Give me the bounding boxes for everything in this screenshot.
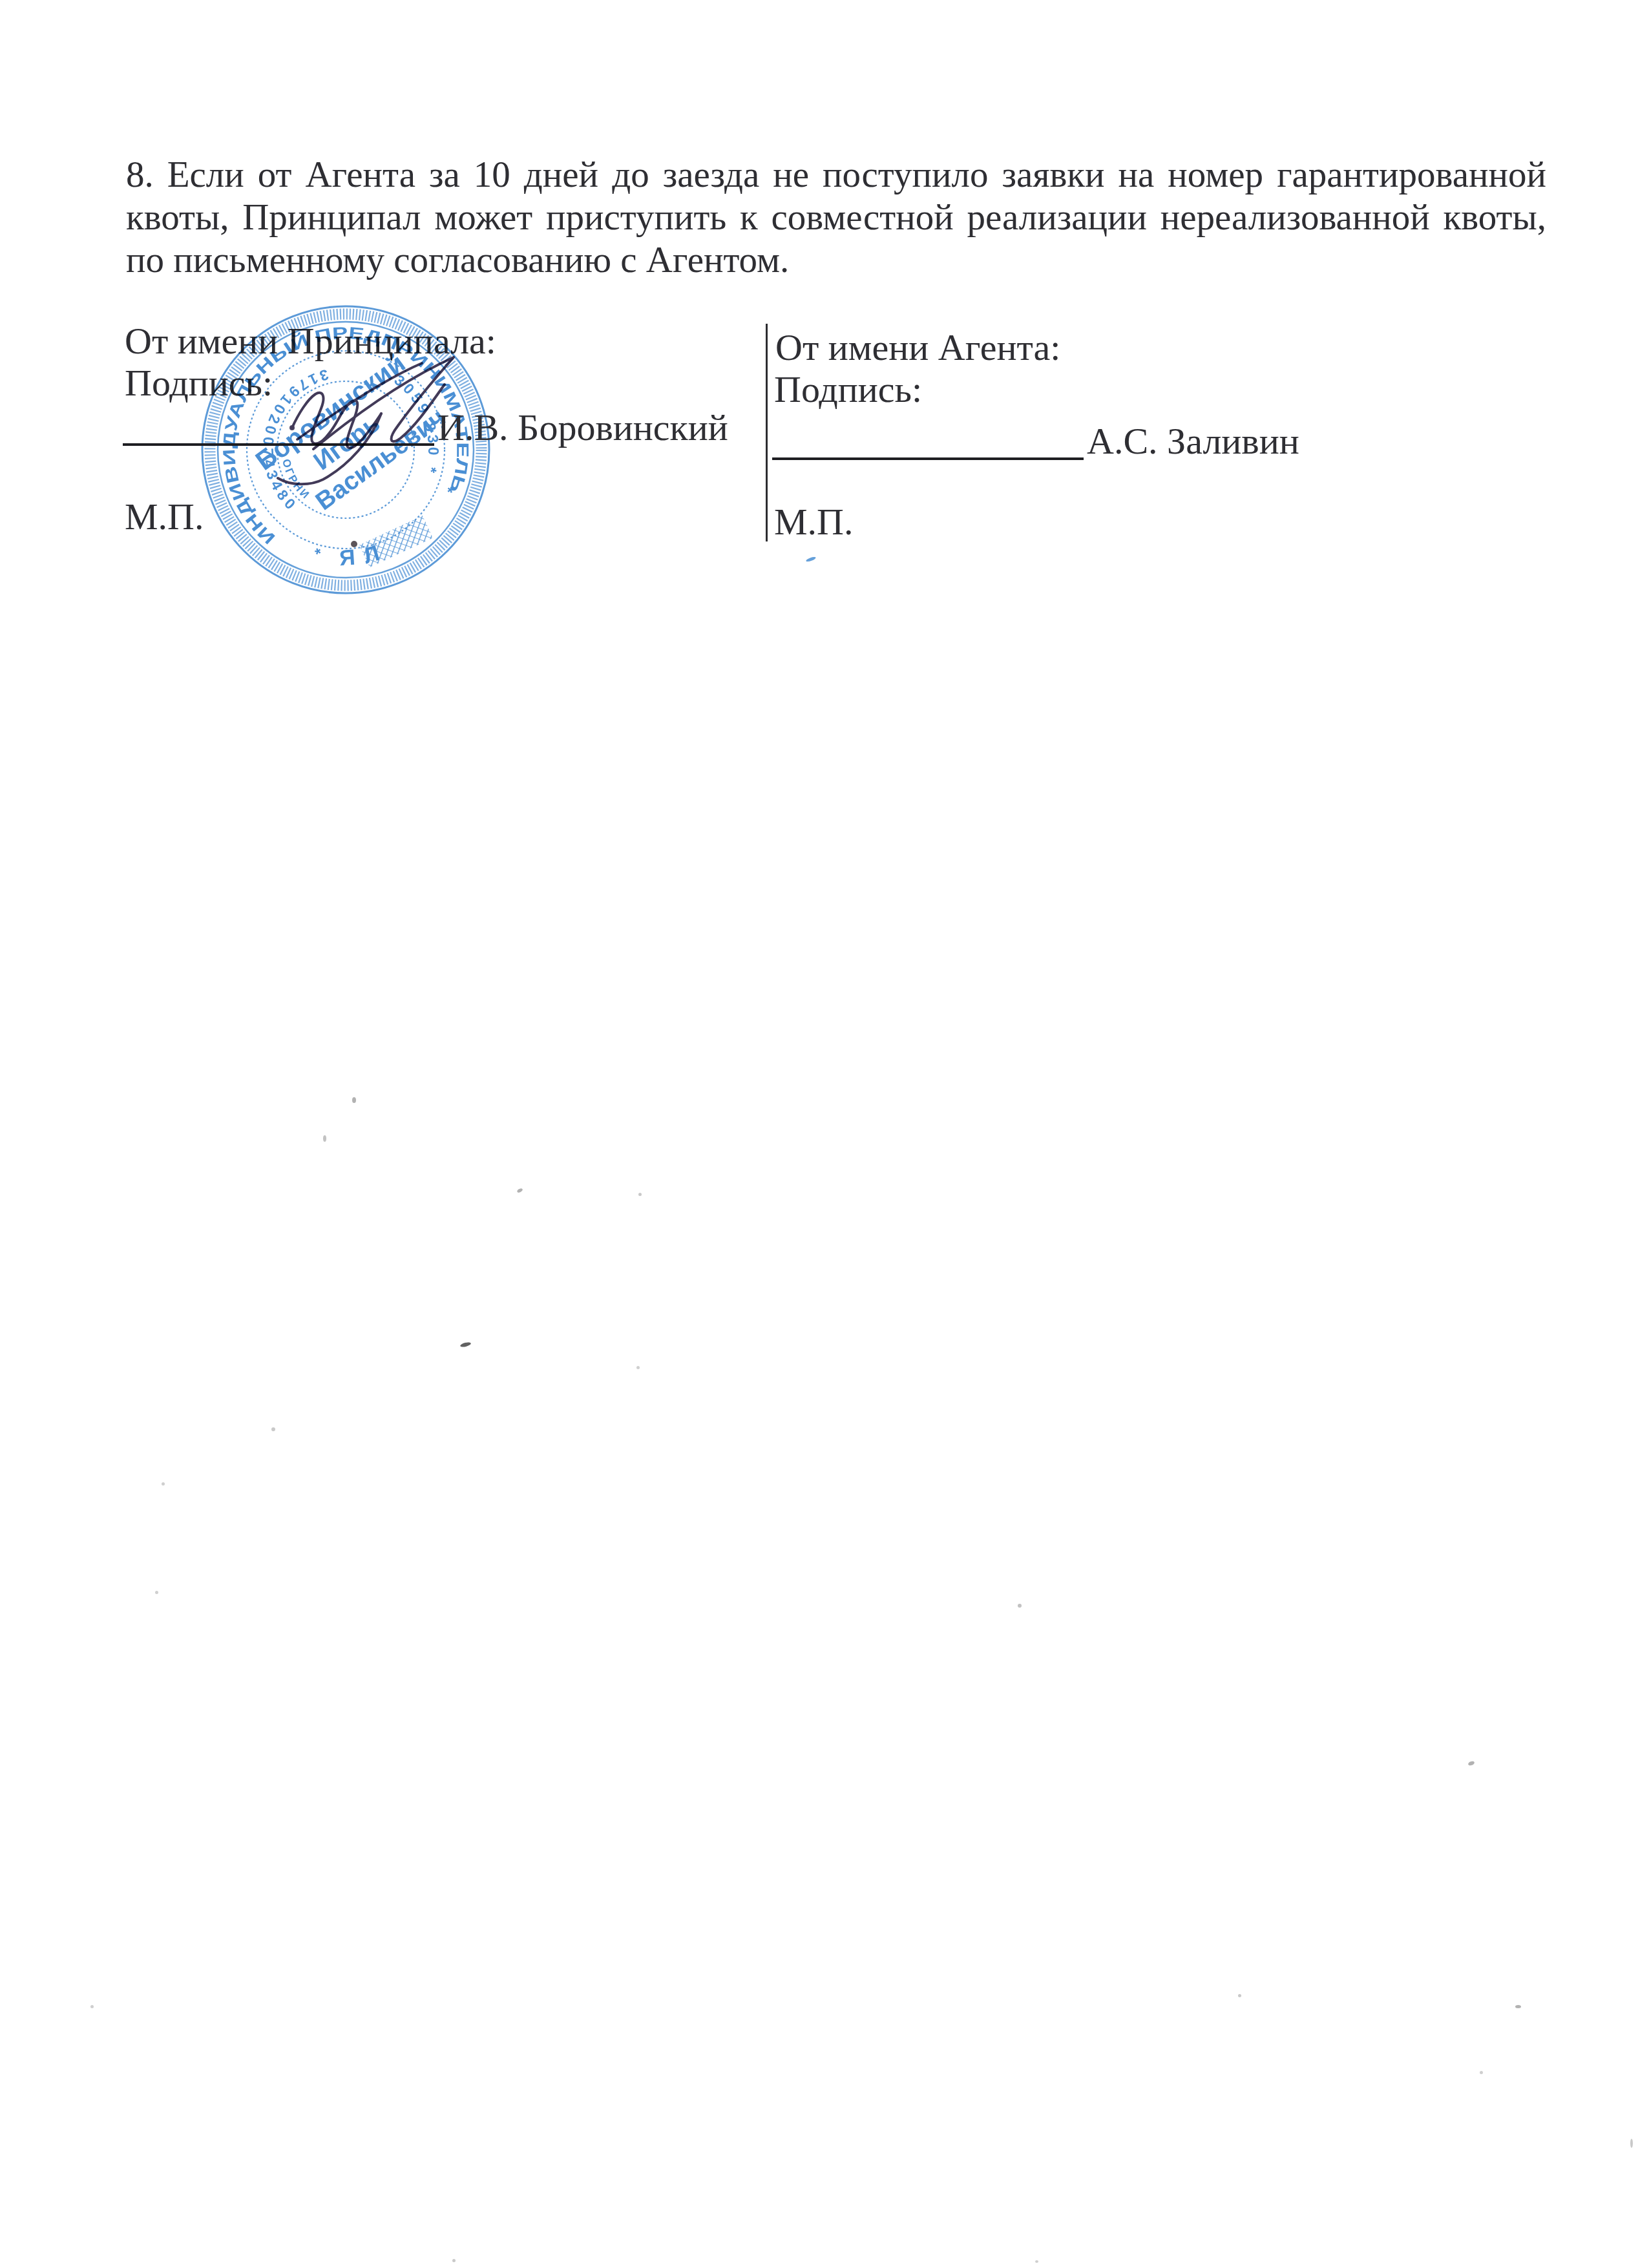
document-page: 8. Если от Агента за 10 дней до заезда н…	[0, 0, 1649, 2268]
scan-speck	[460, 1341, 472, 1348]
column-divider	[766, 324, 768, 541]
clause-line-2: квоты, Принципал может приступить к совм…	[126, 196, 1546, 239]
scan-speck	[162, 1482, 165, 1486]
scan-speck	[1630, 2139, 1633, 2148]
principal-signatory-name: И.В. Боровинский	[437, 407, 728, 448]
agent-block-title: От имени Агента:	[775, 327, 1060, 368]
agent-seal-label: М.П.	[774, 501, 853, 543]
scan-speck	[452, 2259, 456, 2262]
scan-speck	[1018, 1604, 1022, 1608]
ink-dot	[351, 541, 357, 547]
scan-speck	[1480, 2071, 1483, 2074]
scan-speck	[516, 1188, 523, 1193]
scan-speck	[323, 1135, 326, 1142]
stamp-star-left: *	[313, 545, 325, 563]
scan-speck	[1467, 1760, 1475, 1766]
scan-speck	[1515, 2005, 1521, 2008]
agent-signatory-name: А.С. Заливин	[1087, 421, 1299, 462]
scan-speck	[90, 2005, 94, 2008]
scan-speck	[155, 1591, 158, 1594]
agent-signature-label: Подпись:	[774, 369, 922, 410]
scan-speck	[352, 1097, 356, 1103]
scan-speck	[636, 1366, 640, 1369]
handwritten-signature-graphic	[258, 317, 478, 536]
clause-line-1: 8. Если от Агента за 10 дней до заезда н…	[126, 154, 1546, 196]
clause-line-3: по письменному согласованию с Агентом.	[126, 239, 1546, 282]
handwritten-signature	[258, 317, 478, 536]
contract-clause-8: 8. Если от Агента за 10 дней до заезда н…	[126, 154, 1546, 282]
agent-signature-line	[772, 457, 1084, 460]
scan-speck	[1238, 1994, 1241, 1997]
scan-speck	[271, 1427, 275, 1431]
scan-speck	[806, 556, 817, 562]
scan-speck	[638, 1193, 642, 1196]
principal-seal-label: М.П.	[125, 496, 204, 538]
scan-speck	[1035, 2260, 1038, 2263]
